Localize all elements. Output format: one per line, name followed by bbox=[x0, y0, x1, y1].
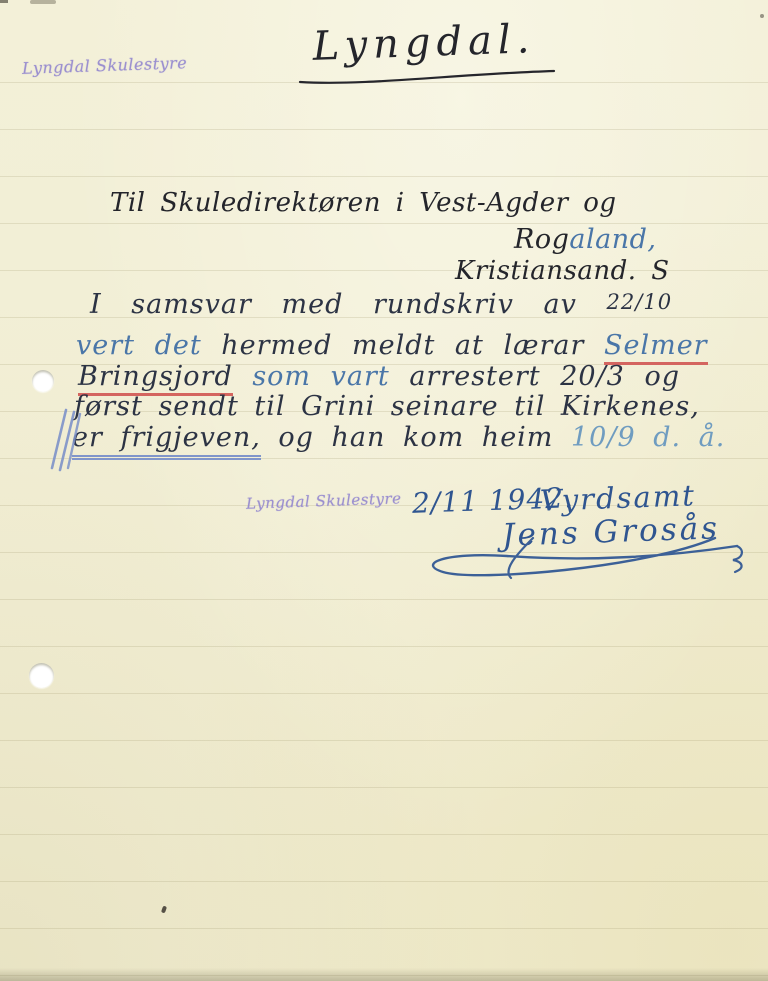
address-line-2-black: Rog bbox=[514, 224, 569, 255]
body-line-3: Bringsjord som vart arrestert 20/3 og bbox=[78, 361, 680, 392]
red-underlined-first-name: Selmer bbox=[604, 330, 708, 365]
body-line-5: er frigjeven, og han kom heim 10/9 d. å. bbox=[72, 422, 725, 453]
paper-speck bbox=[161, 906, 167, 914]
address-line-2-blue: aland, bbox=[569, 224, 656, 255]
body-line-1: I samsvar med rundskriv av 22/10 bbox=[90, 289, 672, 320]
margin-tally-marks bbox=[44, 404, 90, 476]
hole-punch-bottom bbox=[29, 663, 54, 688]
body-line-3-blue: som vart bbox=[233, 361, 410, 392]
address-line-2: Rogaland, bbox=[514, 224, 656, 255]
letter-heading: Lyngdal. bbox=[287, 15, 560, 70]
body-line-2: vert det hermed meldt at lærar Selmer bbox=[76, 330, 708, 361]
body-line-4: først sendt til Grini seinare til Kirken… bbox=[74, 391, 700, 422]
signature-flourish bbox=[415, 536, 750, 582]
blue-underlined-phrase: er frigjeven, bbox=[72, 422, 261, 460]
paper-speck bbox=[0, 0, 8, 3]
hole-punch-top bbox=[32, 370, 54, 392]
body-line-1-text: I samsvar med rundskriv av bbox=[90, 289, 606, 320]
address-line-3: Kristiansand. S bbox=[455, 256, 670, 286]
office-stamp-top: Lyngdal Skulestyre bbox=[22, 53, 188, 78]
letter-document: Lyngdal. Lyngdal Skulestyre Til Skuledir… bbox=[0, 0, 768, 981]
circular-reference-number: 22/10 bbox=[606, 289, 672, 314]
paper-smudge bbox=[30, 0, 56, 4]
paper-speck bbox=[760, 14, 764, 18]
body-line-2-blue: vert det bbox=[76, 330, 221, 361]
return-date: 10/9 d. å. bbox=[571, 422, 725, 453]
page-bottom-edge-shadow bbox=[0, 968, 768, 981]
body-line-2-text: hermed meldt at lærar bbox=[221, 330, 604, 361]
body-line-3-text: arrestert 20/3 og bbox=[409, 361, 680, 392]
address-line-1: Til Skuledirektøren i Vest-Agder og bbox=[110, 188, 617, 218]
body-line-5-text: og han kom heim bbox=[261, 422, 571, 453]
heading-underline bbox=[296, 66, 560, 88]
office-stamp-bottom: Lyngdal Skulestyre bbox=[246, 489, 402, 512]
